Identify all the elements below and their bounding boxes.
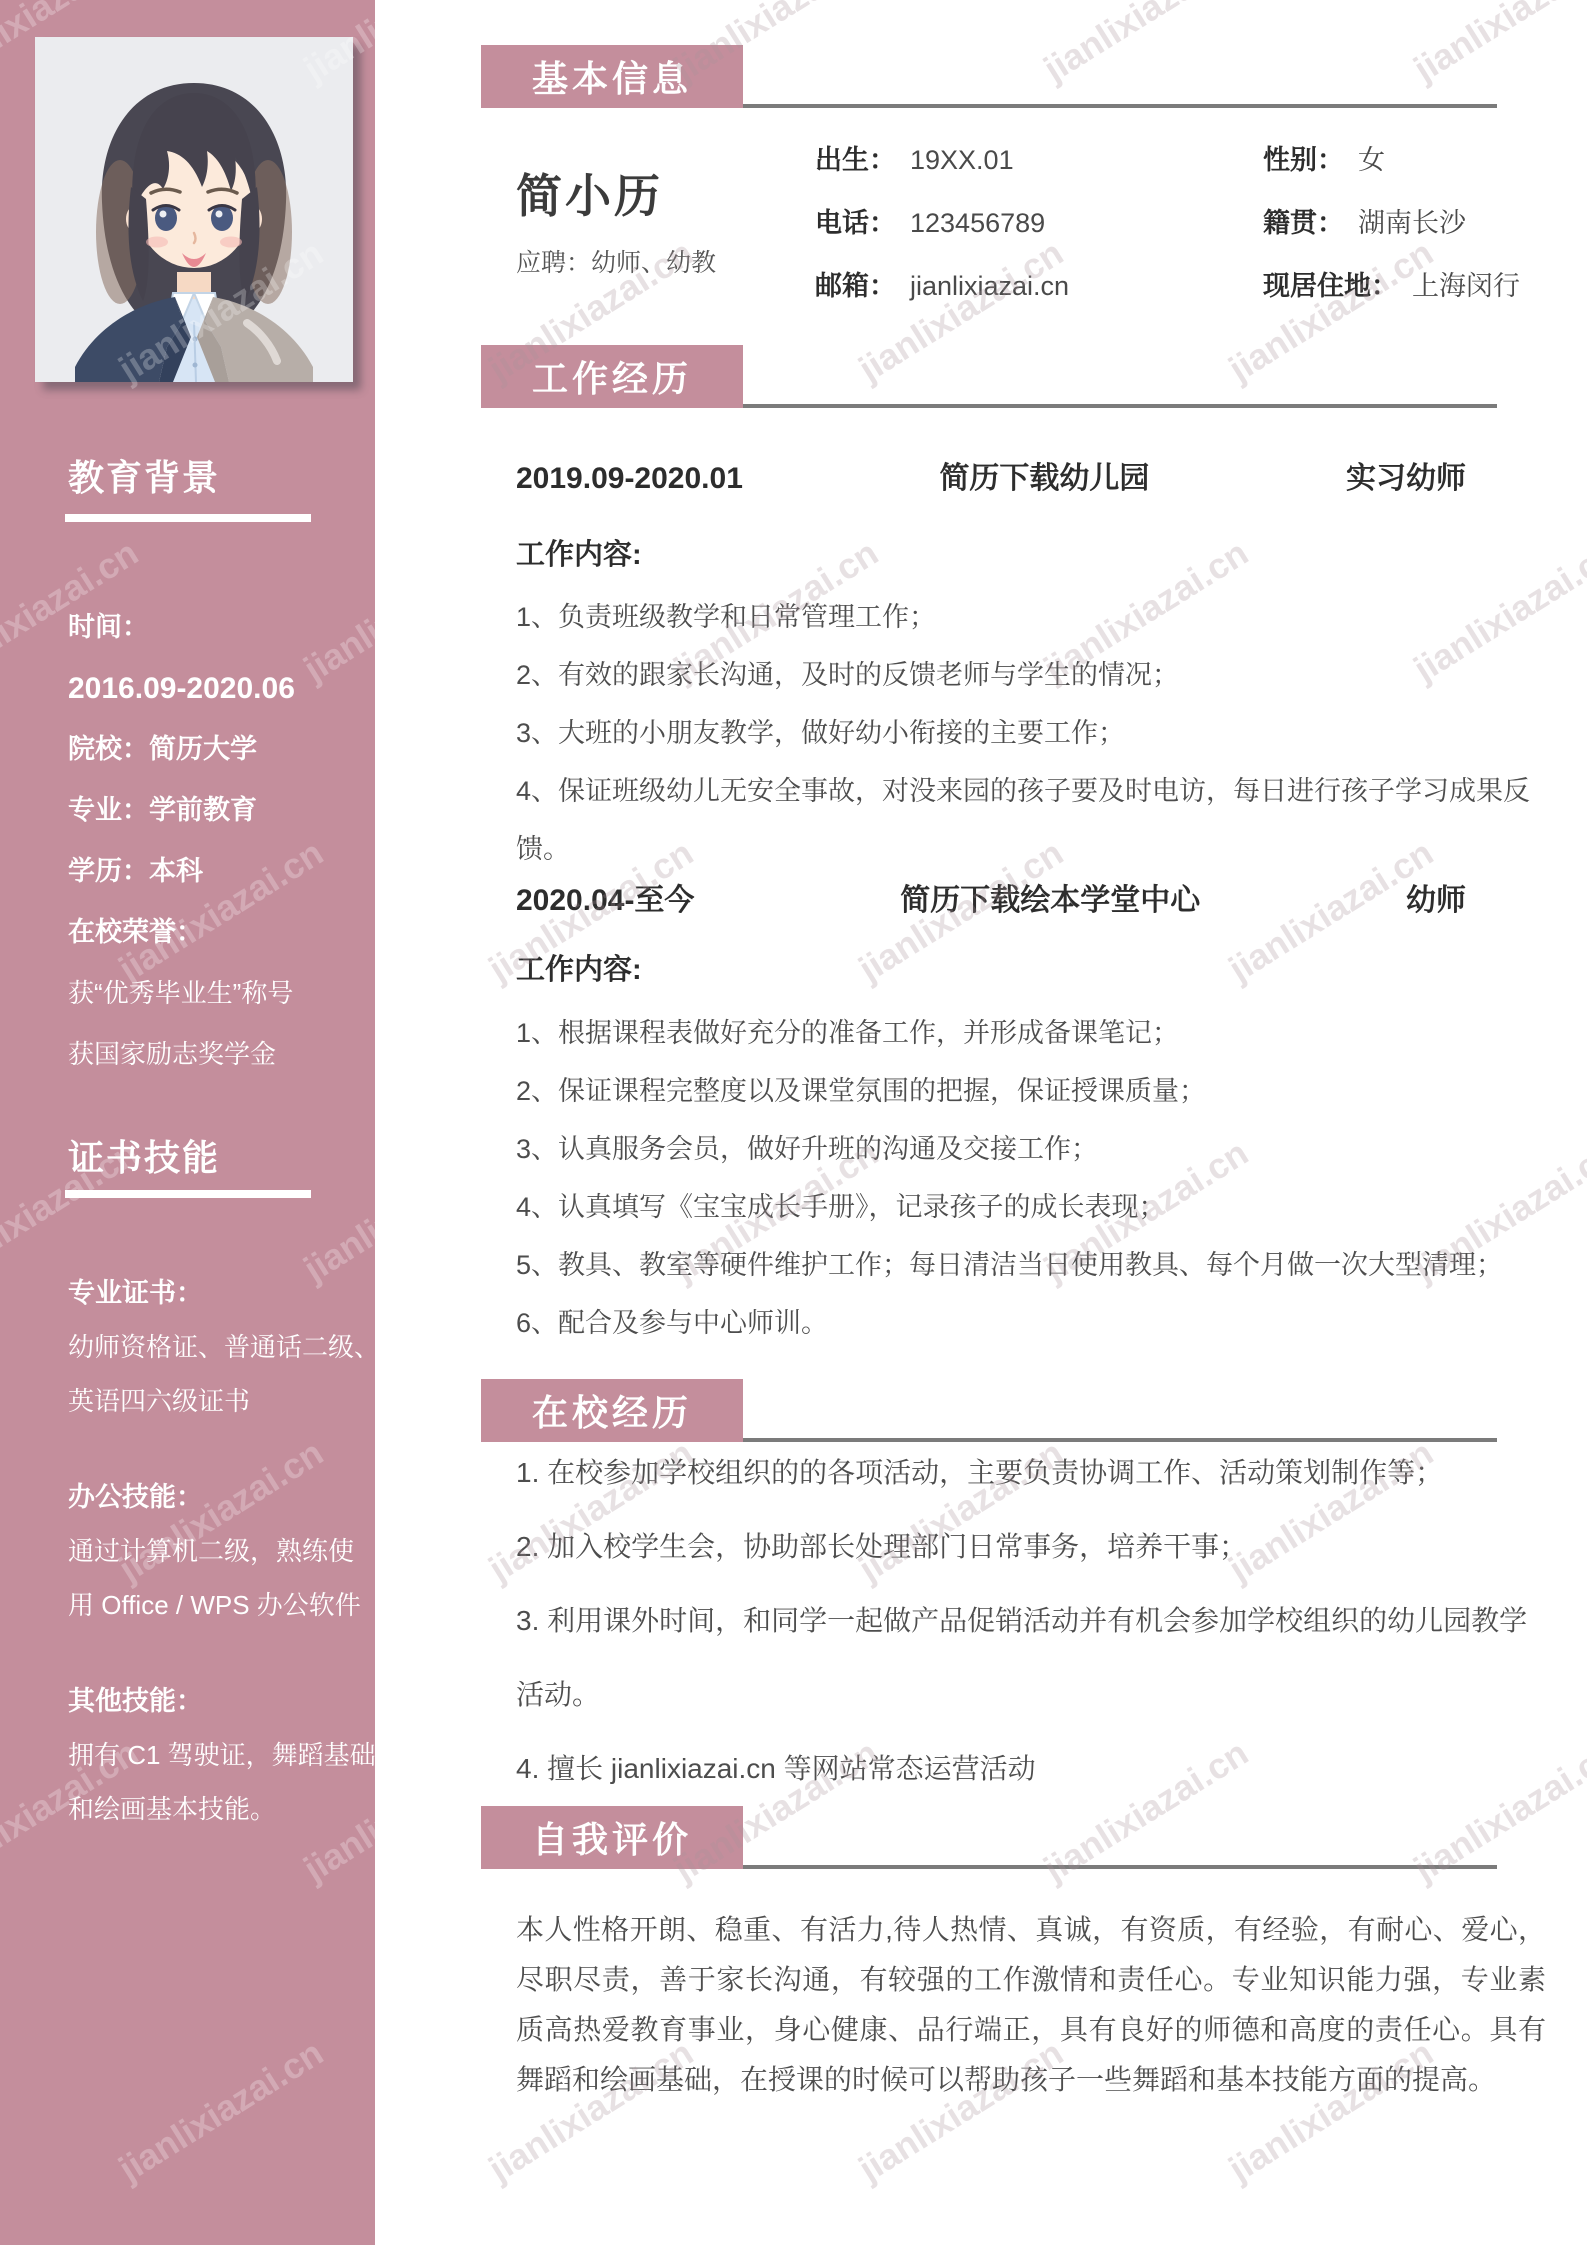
school-experience-list: 1. 在校参加学校组织的的各项活动，主要负责协调工作、活动策划制作等；2. 加入… bbox=[516, 1436, 1546, 1806]
work-badge: 工作经历 bbox=[481, 345, 743, 408]
job-content-label: 工作内容: bbox=[516, 950, 642, 990]
skill-group-label: 其他技能： bbox=[68, 1674, 370, 1728]
school-item: 4. 擅长 jianlixiazai.cn 等网站常态运营活动 bbox=[516, 1732, 1546, 1806]
evaluation-badge: 自我评价 bbox=[481, 1806, 743, 1869]
education-section-title: 教育背景 bbox=[68, 450, 220, 501]
skill-line: 幼师资格证、普通话二级、 bbox=[68, 1320, 370, 1374]
basic-field: 现居住地：上海闵行 bbox=[1263, 255, 1587, 318]
job-period: 2019.09-2020.01 bbox=[516, 458, 743, 500]
skill-line: 用 Office / WPS 办公软件 bbox=[68, 1578, 370, 1632]
skill-line: 和绘画基本技能。 bbox=[68, 1782, 370, 1836]
job-header: 2020.04-至今简历下载绘本学堂中心幼师 bbox=[516, 880, 1466, 922]
field-label: 性别： bbox=[1263, 145, 1344, 175]
field-value: 女 bbox=[1358, 145, 1385, 175]
job-item: 2、有效的跟家长沟通，及时的反馈老师与学生的情况； bbox=[516, 646, 1546, 704]
education-line: 获“优秀毕业生”称号 bbox=[68, 963, 370, 1024]
job-item: 4、认真填写《宝宝成长手册》，记录孩子的成长表现； bbox=[516, 1178, 1546, 1236]
work-rule bbox=[743, 404, 1497, 408]
skills-title-underline bbox=[65, 1190, 311, 1198]
portrait-illustration bbox=[35, 37, 353, 382]
field-value: jianlixiazai.cn bbox=[910, 271, 1069, 301]
skills-details: 专业证书：幼师资格证、普通话二级、英语四六级证书办公技能：通过计算机二级，熟练使… bbox=[68, 1266, 370, 1878]
education-line: 时间： bbox=[68, 597, 370, 658]
education-line: 获国家励志奖学金 bbox=[68, 1024, 370, 1085]
sidebar: 教育背景 时间：2016.09-2020.06院校：简历大学专业：学前教育学历：… bbox=[0, 0, 375, 2245]
job-items: 1、根据课程表做好充分的准备工作，并形成备课笔记；2、保证课程完整度以及课堂氛围… bbox=[516, 1004, 1546, 1352]
basic-info-rule bbox=[743, 104, 1497, 108]
field-value: 123456789 bbox=[910, 208, 1045, 238]
basic-field: 出生：19XX.01 bbox=[815, 129, 1235, 192]
job-header: 2019.09-2020.01简历下载幼儿园实习幼师 bbox=[516, 458, 1466, 500]
field-label: 电话： bbox=[815, 208, 896, 238]
basic-fields-column-2: 性别：女籍贯：湖南长沙现居住地：上海闵行 bbox=[1263, 129, 1587, 318]
resume-page: 教育背景 时间：2016.09-2020.06院校：简历大学专业：学前教育学历：… bbox=[0, 0, 1587, 2245]
basic-info-badge: 基本信息 bbox=[481, 45, 743, 108]
profile-photo bbox=[35, 37, 353, 382]
job-item: 1、根据课程表做好充分的准备工作，并形成备课笔记； bbox=[516, 1004, 1546, 1062]
education-line: 2016.09-2020.06 bbox=[68, 658, 370, 719]
education-line: 学历：本科 bbox=[68, 841, 370, 902]
school-item: 2. 加入校学生会，协助部长处理部门日常事务，培养干事； bbox=[516, 1510, 1546, 1584]
evaluation-rule bbox=[743, 1865, 1497, 1869]
job-company: 简历下载绘本学堂中心 bbox=[900, 880, 1200, 922]
skill-line: 拥有 C1 驾驶证，舞蹈基础 bbox=[68, 1728, 370, 1782]
education-line: 院校：简历大学 bbox=[68, 719, 370, 780]
education-line: 在校荣誉： bbox=[68, 902, 370, 963]
field-value: 上海闵行 bbox=[1412, 271, 1520, 301]
job-period: 2020.04-至今 bbox=[516, 880, 694, 922]
skill-group: 专业证书：幼师资格证、普通话二级、英语四六级证书 bbox=[68, 1266, 370, 1428]
skill-group-label: 专业证书： bbox=[68, 1266, 370, 1320]
job-role: 实习幼师 bbox=[1346, 458, 1466, 500]
job-content-label: 工作内容: bbox=[516, 535, 642, 575]
skill-group: 其他技能：拥有 C1 驾驶证，舞蹈基础和绘画基本技能。 bbox=[68, 1674, 370, 1836]
basic-field: 性别：女 bbox=[1263, 129, 1587, 192]
job-item: 3、认真服务会员，做好升班的沟通及交接工作； bbox=[516, 1120, 1546, 1178]
education-details: 时间：2016.09-2020.06院校：简历大学专业：学前教育学历：本科在校荣… bbox=[68, 597, 370, 1085]
skill-group: 办公技能：通过计算机二级，熟练使用 Office / WPS 办公软件 bbox=[68, 1470, 370, 1632]
job-item: 1、负责班级教学和日常管理工作； bbox=[516, 588, 1546, 646]
field-value: 19XX.01 bbox=[910, 145, 1014, 175]
field-label: 邮箱： bbox=[815, 271, 896, 301]
field-label: 出生： bbox=[815, 145, 896, 175]
skill-line: 通过计算机二级，熟练使 bbox=[68, 1524, 370, 1578]
job-item: 5、教具、教室等硬件维护工作；每日清洁当日使用教具、每个月做一次大型清理； bbox=[516, 1236, 1546, 1294]
school-item: 1. 在校参加学校组织的的各项活动，主要负责协调工作、活动策划制作等； bbox=[516, 1436, 1546, 1510]
basic-fields-column-1: 出生：19XX.01电话：123456789邮箱：jianlixiazai.cn bbox=[815, 129, 1235, 318]
school-item: 3. 利用课外时间，和同学一起做产品促销活动并有机会参加学校组织的幼儿园教学活动… bbox=[516, 1584, 1546, 1732]
job-item: 6、配合及参与中心师训。 bbox=[516, 1294, 1546, 1352]
basic-field: 籍贯：湖南长沙 bbox=[1263, 192, 1587, 255]
school-badge: 在校经历 bbox=[481, 1379, 743, 1442]
work-section-head: 工作经历 bbox=[481, 345, 1500, 408]
job-items: 1、负责班级教学和日常管理工作；2、有效的跟家长沟通，及时的反馈老师与学生的情况… bbox=[516, 588, 1546, 878]
education-line: 专业：学前教育 bbox=[68, 780, 370, 841]
school-section-head: 在校经历 bbox=[481, 1379, 1500, 1442]
skills-section-title: 证书技能 bbox=[68, 1130, 220, 1181]
applying-position: 应聘：幼师、幼教 bbox=[516, 243, 716, 279]
job-role: 幼师 bbox=[1406, 880, 1466, 922]
skill-group-label: 办公技能： bbox=[68, 1470, 370, 1524]
field-label: 现居住地： bbox=[1263, 271, 1398, 301]
field-label: 籍贯： bbox=[1263, 208, 1344, 238]
skill-line: 英语四六级证书 bbox=[68, 1374, 370, 1428]
evaluation-section-head: 自我评价 bbox=[481, 1806, 1500, 1869]
basic-info-section-head: 基本信息 bbox=[481, 45, 1500, 108]
job-item: 4、保证班级幼儿无安全事故，对没来园的孩子要及时电访，每日进行孩子学习成果反馈。 bbox=[516, 762, 1546, 878]
evaluation-text: 本人性格开朗、稳重、有活力,待人热情、真诚，有资质，有经验，有耐心、爱心，尽职尽… bbox=[516, 1905, 1546, 2105]
job-company: 简历下载幼儿园 bbox=[939, 458, 1149, 500]
field-value: 湖南长沙 bbox=[1358, 208, 1466, 238]
candidate-name: 简小历 bbox=[516, 160, 663, 226]
basic-field: 邮箱：jianlixiazai.cn bbox=[815, 255, 1235, 318]
education-title-underline bbox=[65, 514, 311, 522]
job-item: 3、大班的小朋友教学，做好幼小衔接的主要工作； bbox=[516, 704, 1546, 762]
job-item: 2、保证课程完整度以及课堂氛围的把握，保证授课质量； bbox=[516, 1062, 1546, 1120]
basic-field: 电话：123456789 bbox=[815, 192, 1235, 255]
